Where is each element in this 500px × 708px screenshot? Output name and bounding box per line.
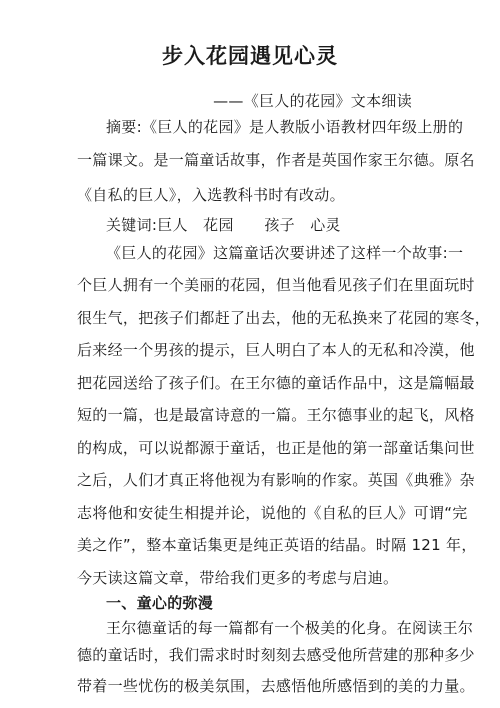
paragraph-line: 很生气，把孩子们都赶了出去，他的无私换来了花园的寒冬，	[77, 309, 490, 327]
document-subtitle: ——《巨人的花园》文本细读	[213, 92, 412, 110]
paragraph-line: 个巨人拥有一个美丽的花园，但当他看见孩子们在里面玩时	[77, 276, 475, 294]
paragraph-line: 德的童话时，我们需求时时刻刻去感受他所营建的那种多少	[77, 646, 475, 664]
section-heading: 一、童心的弥漫	[106, 594, 213, 612]
paragraph-line: 《自私的巨人》，入选教科书时有改动。	[77, 186, 345, 204]
paragraph-line: 关键词:巨人 花园 孩子 心灵	[106, 216, 341, 234]
paragraph-line: 王尔德童话的每一篇都有一个极美的化身。在阅读王尔	[106, 619, 473, 637]
paragraph-line: 一篇课文。是一篇童话故事，作者是英国作家王尔德。原名	[77, 151, 475, 169]
paragraph-line: 后来经一个男孩的提示，巨人明白了本人的无私和冷漠，他	[77, 341, 475, 359]
document-title: 步入花园遇见心灵	[0, 40, 500, 70]
paragraph-line: 摘要:《巨人的花园》是人教版小语教材四年级上册的	[106, 118, 463, 136]
paragraph-line: 把花园送给了孩子们。在王尔德的童话作品中，这是篇幅最	[77, 374, 475, 392]
paragraph-line: 《巨人的花园》这篇童话次要讲述了这样一个故事:一	[106, 244, 463, 262]
paragraph-line: 之后，人们才真正将他视为有影响的作家。英国《典雅》杂	[77, 471, 475, 489]
paragraph-line: 带着一些忧伤的极美氛围，去感悟他所感悟到的美的力量。	[77, 677, 475, 695]
paragraph-line: 今天读这篇文章，带给我们更多的考虑与启迪。	[77, 569, 398, 587]
paragraph-line: 短的一篇，也是最富诗意的一篇。王尔德事业的起飞，风格	[77, 406, 475, 424]
paragraph-line: 的构成，可以说都源于童话，也正是他的第一部童话集问世	[77, 439, 475, 457]
paragraph-line: 志将他和安徒生相提并论，说他的《自私的巨人》可谓“完	[77, 504, 468, 522]
paragraph-line: 美之作”，整本童话集更是纯正英语的结晶。时隔 121 年，	[77, 536, 477, 554]
